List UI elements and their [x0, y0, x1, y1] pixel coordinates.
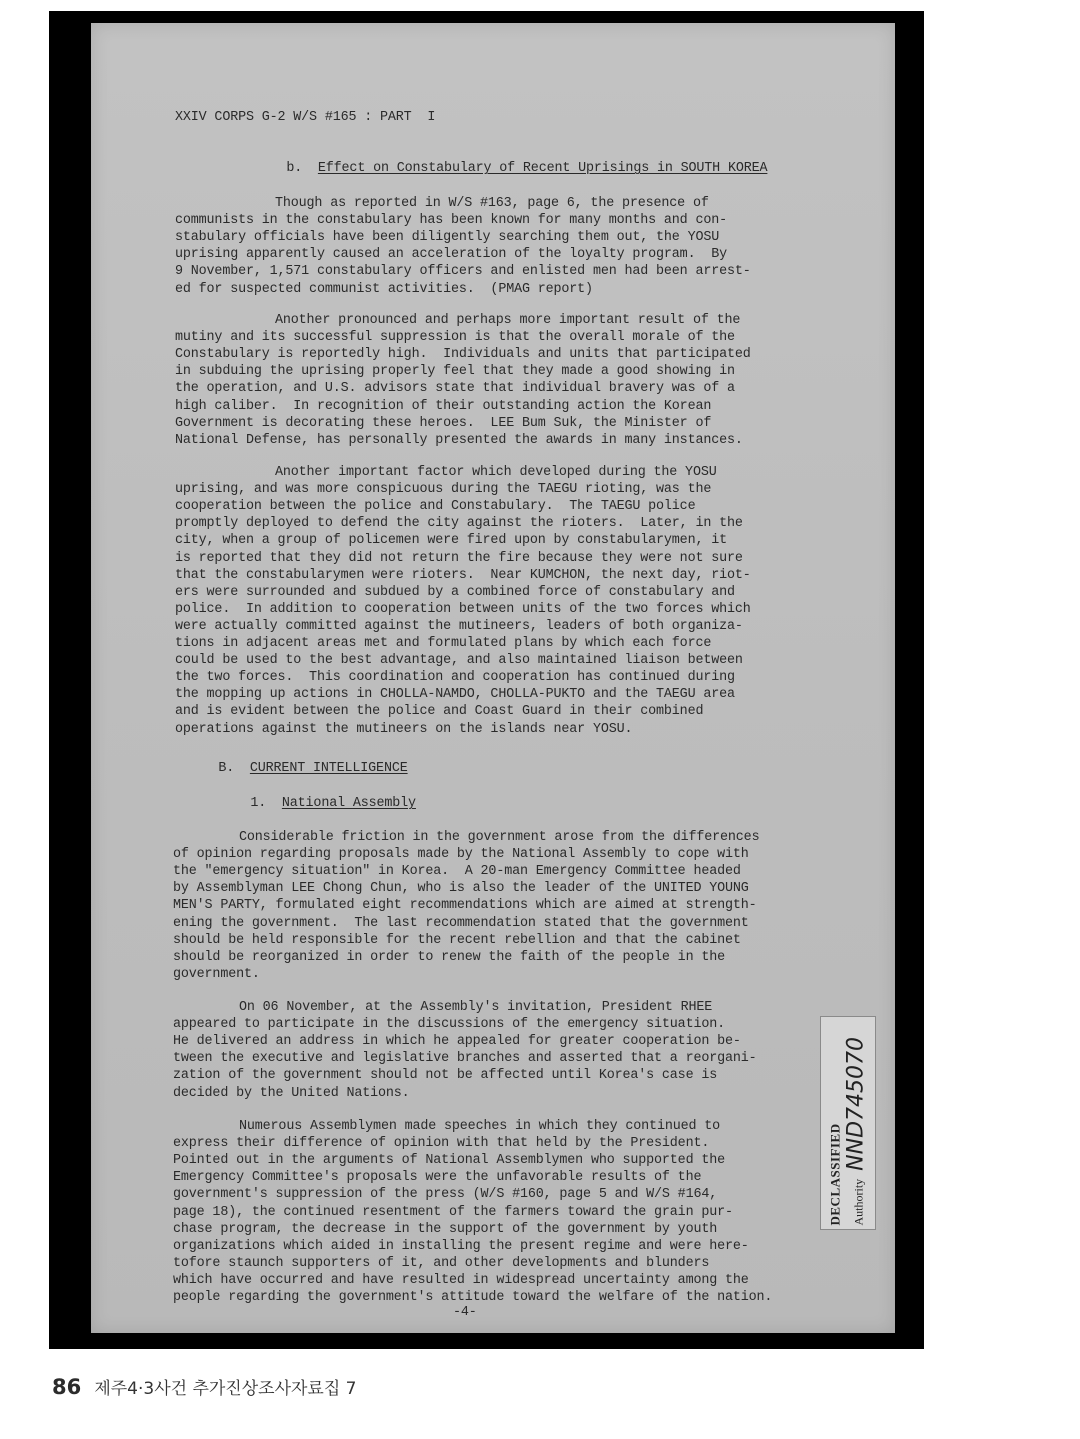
book-page-number: 86	[52, 1375, 81, 1399]
text-line: organizations which aided in installing …	[173, 1239, 749, 1254]
text-line: operations against the mutineers on the …	[175, 722, 632, 737]
text-line: He delivered an address in which he appe…	[173, 1034, 741, 1049]
document-page: XXIV CORPS G-2 W/S #165 : PART I b. Effe…	[91, 23, 895, 1333]
book-footer: 86 제주4·3사건 추가진상조사자료집 7	[52, 1374, 356, 1399]
paragraph-b-2: Another pronounced and perhaps more impo…	[175, 295, 751, 449]
text-line: zation of the government should not be a…	[173, 1068, 717, 1083]
subsection-1-title: National Assembly	[282, 796, 416, 811]
text-line: the operation, and U.S. advisors state t…	[175, 381, 735, 396]
text-line: that the constabularymen were rioters. N…	[175, 568, 751, 583]
text-line: MEN'S PARTY, formulated eight recommenda…	[173, 898, 757, 913]
text-line: by Assemblyman LEE Chong Chun, who is al…	[173, 881, 749, 896]
text-line: 9 November, 1,571 constabulary officers …	[175, 264, 751, 279]
document-photo-frame: XXIV CORPS G-2 W/S #165 : PART I b. Effe…	[49, 11, 924, 1349]
text-line: appeared to participate in the discussio…	[173, 1017, 725, 1032]
text-line: promptly deployed to defend the city aga…	[175, 516, 743, 531]
stamp-authority-number: NND745070	[844, 1037, 869, 1171]
text-line: communists in the constabulary has been …	[175, 213, 727, 228]
text-line: On 06 November, at the Assembly's invita…	[173, 1000, 712, 1015]
text-line: and is evident between the police and Co…	[175, 704, 703, 719]
text-line: ening the government. The last recommend…	[173, 916, 749, 931]
text-line: Another pronounced and perhaps more impo…	[175, 313, 740, 328]
text-line: the mopping up actions in CHOLLA-NAMDO, …	[175, 687, 735, 702]
text-line: city, when a group of policemen were fir…	[175, 533, 727, 548]
subsection-1-label: 1.	[250, 796, 266, 811]
paragraph-b-1: Though as reported in W/S #163, page 6, …	[175, 178, 751, 298]
text-line: of opinion regarding proposals made by t…	[173, 847, 749, 862]
paragraph-1-2: On 06 November, at the Assembly's invita…	[173, 982, 757, 1102]
text-line: Numerous Assemblymen made speeches in wh…	[173, 1119, 720, 1134]
text-line: could be used to the best advantage, and…	[175, 653, 743, 668]
text-line: uprising apparently caused an accelerati…	[175, 247, 727, 262]
text-line: page 18), the continued resentment of th…	[173, 1205, 733, 1220]
text-line: people regarding the government's attitu…	[173, 1290, 772, 1305]
text-line: is reported that they did not return the…	[175, 551, 743, 566]
text-line: decided by the United Nations.	[173, 1086, 410, 1101]
text-line: government's suppression of the press (W…	[173, 1187, 717, 1202]
stamp-declassified-label: DECLASSIFIED	[828, 1021, 844, 1226]
text-line: should be reorganized in order to renew …	[173, 950, 725, 965]
paragraph-b-3: Another important factor which developed…	[175, 447, 751, 738]
text-line: high caliber. In recognition of their ou…	[175, 399, 711, 414]
text-line: mutiny and its successful suppression is…	[175, 330, 735, 345]
book-title: 제주4·3사건 추가진상조사자료집 7	[94, 1379, 356, 1399]
section-B-label: B.	[218, 761, 234, 776]
text-line: government.	[173, 967, 260, 982]
text-line: Government is decorating these heroes. L…	[175, 416, 711, 431]
text-line: should be held responsible for the recen…	[173, 933, 741, 948]
text-line: chase program, the decrease in the suppo…	[173, 1222, 717, 1237]
text-line: which have occurred and have resulted in…	[173, 1273, 749, 1288]
text-line: Pointed out in the arguments of National…	[173, 1153, 725, 1168]
stamp-authority-label: Authority	[852, 1179, 867, 1226]
document-page-number: -4-	[453, 1304, 477, 1321]
declassified-stamp: DECLASSIFIED Authority NND745070	[820, 1016, 876, 1230]
text-line: Emergency Committee's proposals were the…	[173, 1170, 701, 1185]
text-line: ers were surrounded and subdued by a com…	[175, 585, 735, 600]
text-line: Another important factor which developed…	[175, 465, 717, 480]
paragraph-1-3: Numerous Assemblymen made speeches in wh…	[173, 1101, 772, 1306]
paragraph-1-1: Considerable friction in the government …	[173, 812, 759, 983]
section-B-title: CURRENT INTELLIGENCE	[250, 761, 408, 776]
text-line: Though as reported in W/S #163, page 6, …	[175, 196, 709, 211]
section-b-label: b.	[286, 161, 302, 176]
text-line: tween the executive and legislative bran…	[173, 1051, 757, 1066]
text-line: cooperation between the police and Const…	[175, 499, 695, 514]
text-line: Considerable friction in the government …	[173, 830, 759, 845]
text-line: stabulary officials have been diligently…	[175, 230, 719, 245]
text-line: uprising, and was more conspicuous durin…	[175, 482, 711, 497]
text-line: the "emergency situation" in Korea. A 20…	[173, 864, 741, 879]
text-line: police. In addition to cooperation betwe…	[175, 602, 751, 617]
text-line: express their difference of opinion with…	[173, 1136, 709, 1151]
text-line: Constabulary is reportedly high. Individ…	[175, 347, 751, 362]
document-header: XXIV CORPS G-2 W/S #165 : PART I	[175, 109, 435, 126]
text-line: tions in adjacent areas met and formulat…	[175, 636, 711, 651]
text-line: National Defense, has personally present…	[175, 433, 743, 448]
text-line: the two forces. This coordination and co…	[175, 670, 735, 685]
text-line: in subduing the uprising properly feel t…	[175, 364, 735, 379]
text-line: were actually committed against the muti…	[175, 619, 743, 634]
text-line: tofore staunch supporters of it, and oth…	[173, 1256, 709, 1271]
section-b-title: Effect on Constabulary of Recent Uprisin…	[318, 161, 768, 176]
